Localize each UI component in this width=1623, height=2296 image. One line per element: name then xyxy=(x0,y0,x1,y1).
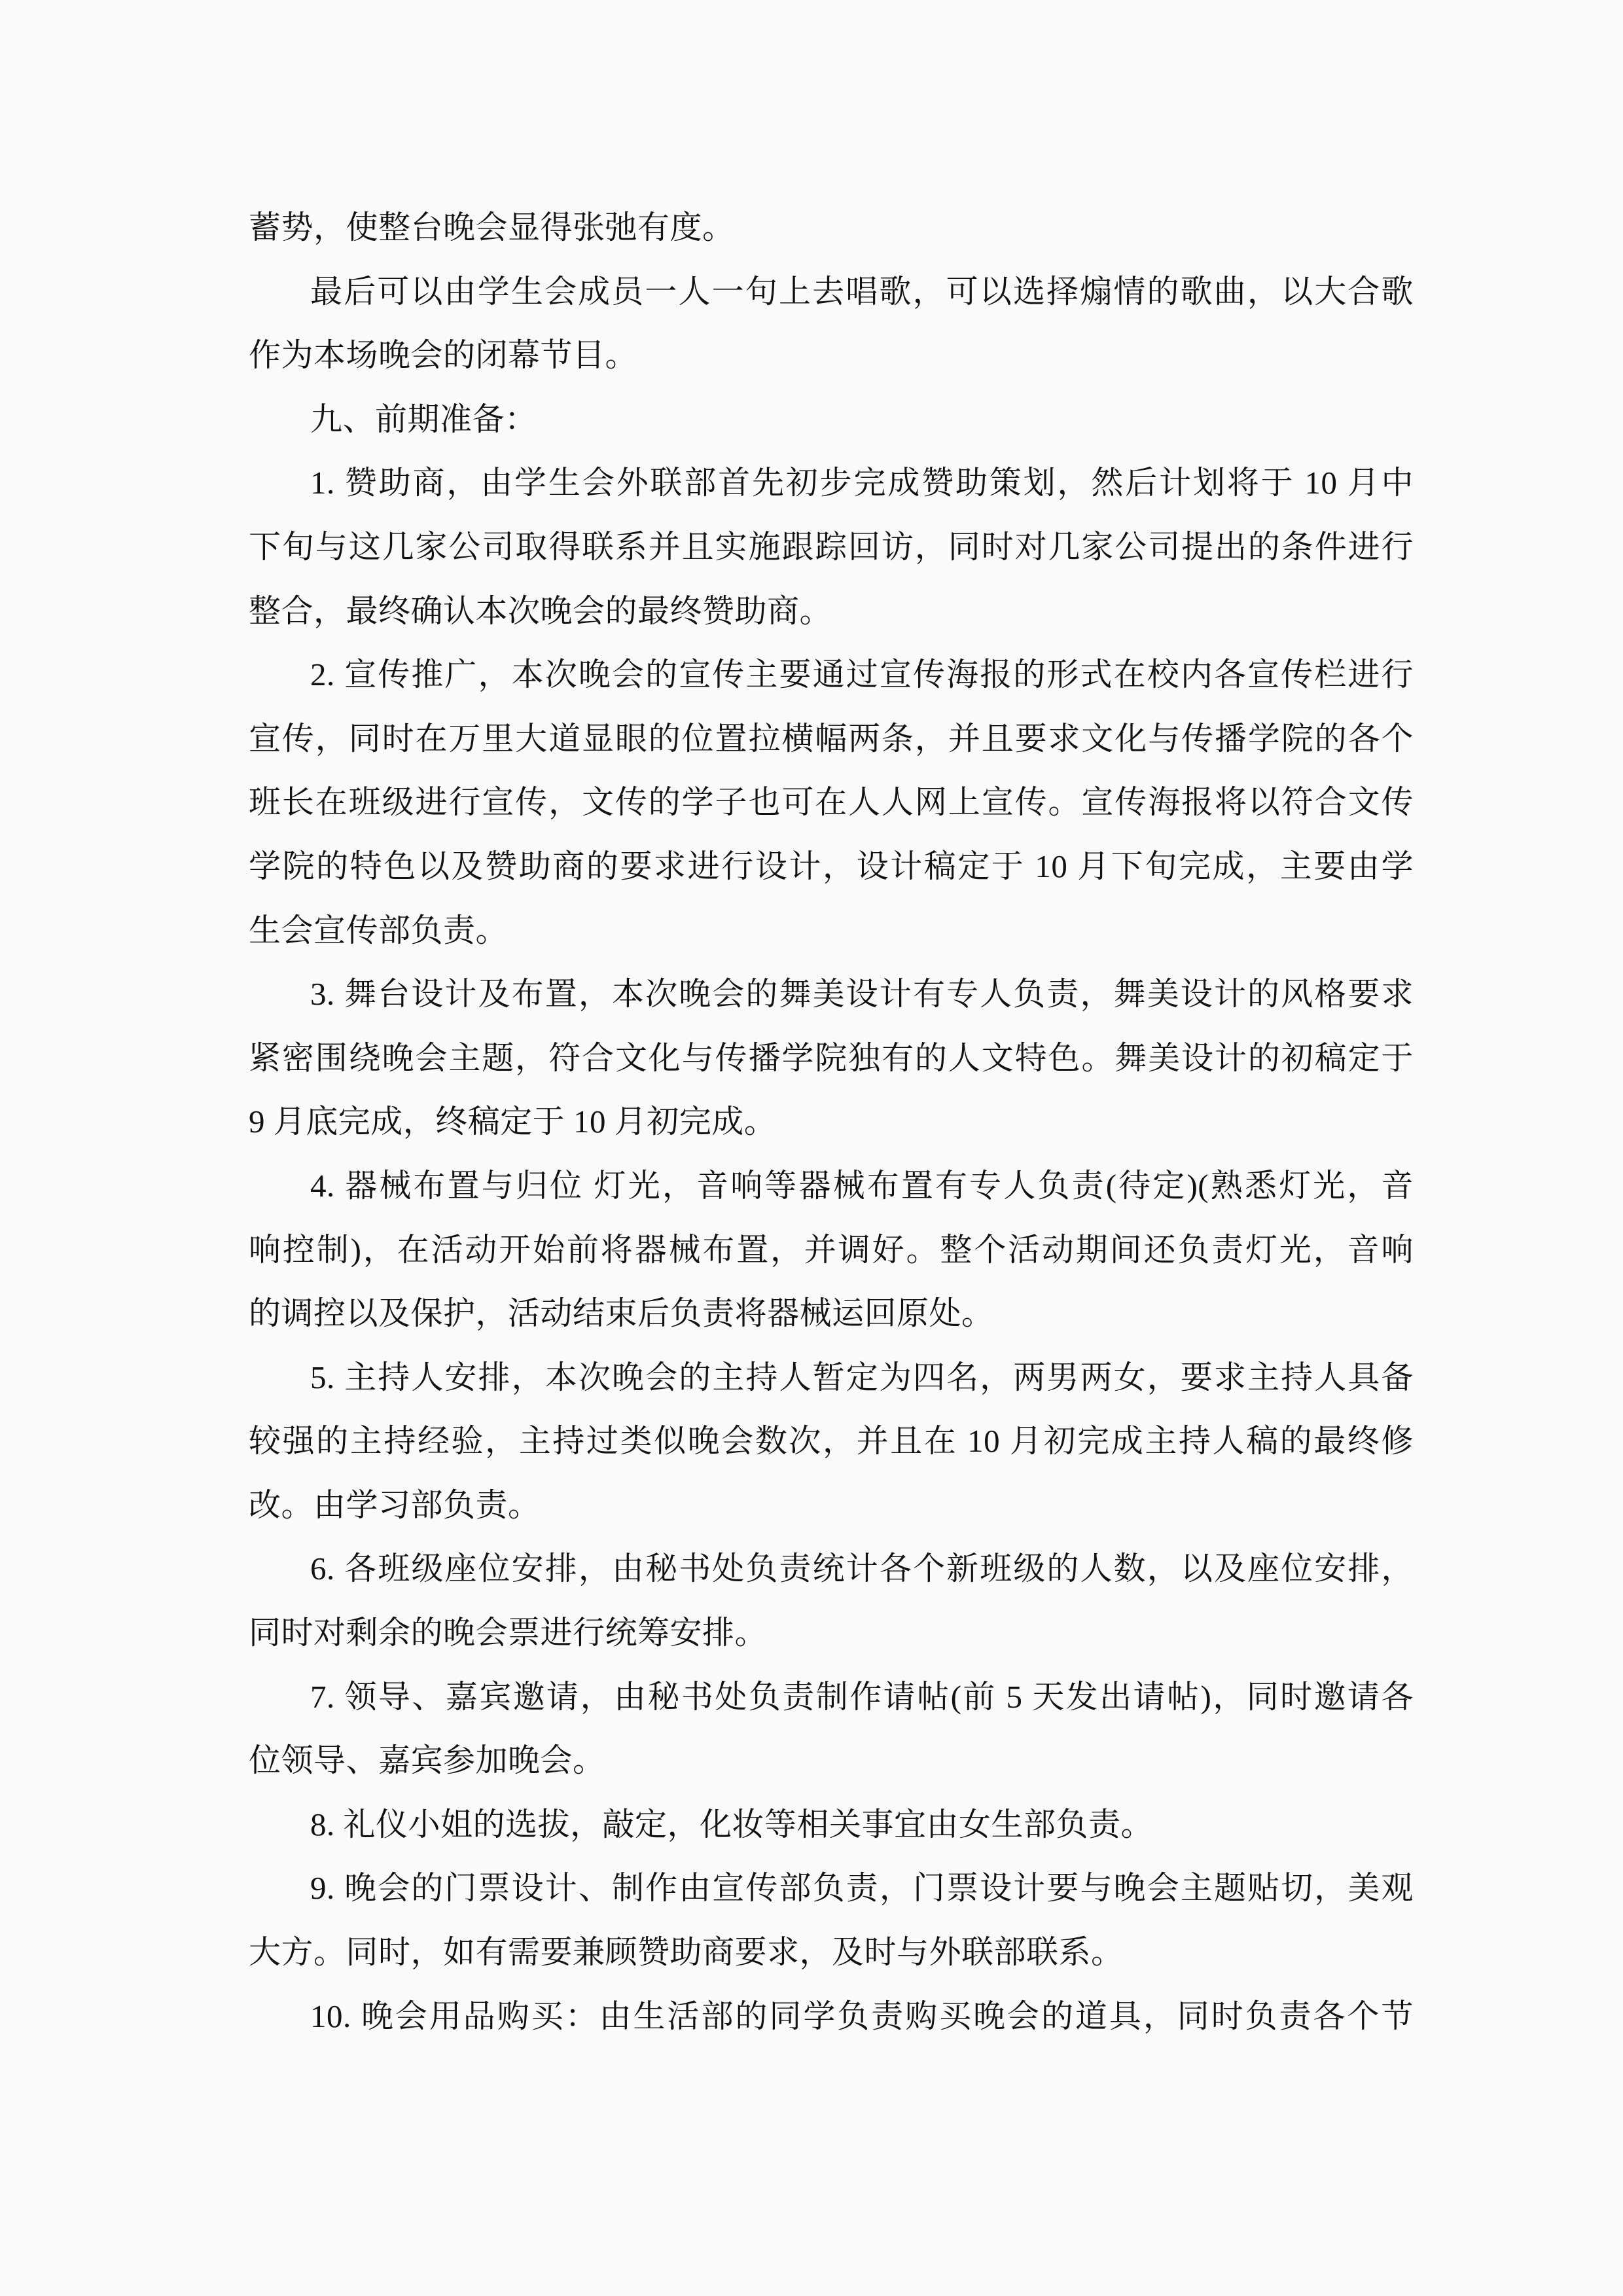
text-line: 生会宣传部负责。 xyxy=(249,899,1414,963)
text-line: 9 月底完成，终稿定于 10 月初完成。 xyxy=(249,1090,1414,1154)
text-line: 5. 主持人安排，本次晚会的主持人暂定为四名，两男两女，要求主持人具备 xyxy=(249,1346,1414,1410)
paragraph: 1. 赞助商，由学生会外联部首先初步完成赞助策划，然后计划将于 10 月中下旬与… xyxy=(249,451,1414,643)
paragraph: 8. 礼仪小姐的选拔，敲定，化妆等相关事宜由女生部负责。 xyxy=(249,1793,1414,1857)
text-line: 整合，最终确认本次晚会的最终赞助商。 xyxy=(249,579,1414,643)
text-line: 紧密围绕晚会主题，符合文化与传播学院独有的人文特色。舞美设计的初稿定于 xyxy=(249,1026,1414,1090)
text-line: 4. 器械布置与归位 灯光，音响等器械布置有专人负责(待定)(熟悉灯光，音 xyxy=(249,1154,1414,1218)
paragraph: 7. 领导、嘉宾邀请，由秘书处负责制作请帖(前 5 天发出请帖)，同时邀请各位领… xyxy=(249,1665,1414,1793)
text-line: 学院的特色以及赞助商的要求进行设计，设计稿定于 10 月下旬完成，主要由学 xyxy=(249,834,1414,899)
paragraph: 9. 晚会的门票设计、制作由宣传部负责，门票设计要与晚会主题贴切，美观大方。同时… xyxy=(249,1856,1414,1984)
text-line: 班长在班级进行宣传，文传的学子也可在人人网上宣传。宣传海报将以符合文传 xyxy=(249,770,1414,834)
paragraph: 蓄势，使整台晚会显得张弛有度。 xyxy=(249,196,1414,260)
text-line: 最后可以由学生会成员一人一句上去唱歌，可以选择煽情的歌曲，以大合歌 xyxy=(249,260,1414,324)
paragraph: 3. 舞台设计及布置，本次晚会的舞美设计有专人负责，舞美设计的风格要求紧密围绕晚… xyxy=(249,962,1414,1154)
paragraph: 4. 器械布置与归位 灯光，音响等器械布置有专人负责(待定)(熟悉灯光，音响控制… xyxy=(249,1154,1414,1346)
paragraph: 九、前期准备： xyxy=(249,387,1414,452)
text-line: 蓄势，使整台晚会显得张弛有度。 xyxy=(249,196,1414,260)
text-line: 1. 赞助商，由学生会外联部首先初步完成赞助策划，然后计划将于 10 月中 xyxy=(249,451,1414,515)
text-line: 同时对剩余的晚会票进行统筹安排。 xyxy=(249,1601,1414,1665)
document-page: 蓄势，使整台晚会显得张弛有度。最后可以由学生会成员一人一句上去唱歌，可以选择煽情… xyxy=(0,0,1623,2296)
text-line: 九、前期准备： xyxy=(249,387,1414,452)
text-line: 改。由学习部负责。 xyxy=(249,1473,1414,1537)
paragraph: 最后可以由学生会成员一人一句上去唱歌，可以选择煽情的歌曲，以大合歌作为本场晚会的… xyxy=(249,260,1414,387)
paragraph: 5. 主持人安排，本次晚会的主持人暂定为四名，两男两女，要求主持人具备较强的主持… xyxy=(249,1346,1414,1537)
text-line: 2. 宣传推广，本次晚会的宣传主要通过宣传海报的形式在校内各宣传栏进行 xyxy=(249,643,1414,707)
paragraph: 6. 各班级座位安排，由秘书处负责统计各个新班级的人数，以及座位安排，同时对剩余… xyxy=(249,1537,1414,1664)
text-line: 3. 舞台设计及布置，本次晚会的舞美设计有专人负责，舞美设计的风格要求 xyxy=(249,962,1414,1026)
text-line: 10. 晚会用品购买：由生活部的同学负责购买晚会的道具，同时负责各个节 xyxy=(249,1984,1414,2049)
text-line: 6. 各班级座位安排，由秘书处负责统计各个新班级的人数，以及座位安排， xyxy=(249,1537,1414,1601)
text-line: 9. 晚会的门票设计、制作由宣传部负责，门票设计要与晚会主题贴切，美观 xyxy=(249,1856,1414,1920)
text-line: 的调控以及保护，活动结束后负责将器械运回原处。 xyxy=(249,1282,1414,1346)
text-line: 下旬与这几家公司取得联系并且实施跟踪回访，同时对几家公司提出的条件进行 xyxy=(249,515,1414,579)
text-line: 位领导、嘉宾参加晚会。 xyxy=(249,1729,1414,1793)
paragraph: 10. 晚会用品购买：由生活部的同学负责购买晚会的道具，同时负责各个节 xyxy=(249,1984,1414,2049)
text-line: 7. 领导、嘉宾邀请，由秘书处负责制作请帖(前 5 天发出请帖)，同时邀请各 xyxy=(249,1665,1414,1729)
text-line: 响控制)，在活动开始前将器械布置，并调好。整个活动期间还负责灯光，音响 xyxy=(249,1218,1414,1282)
text-line: 大方。同时，如有需要兼顾赞助商要求，及时与外联部联系。 xyxy=(249,1920,1414,1984)
text-line: 作为本场晚会的闭幕节目。 xyxy=(249,323,1414,387)
text-line: 8. 礼仪小姐的选拔，敲定，化妆等相关事宜由女生部负责。 xyxy=(249,1793,1414,1857)
document-body: 蓄势，使整台晚会显得张弛有度。最后可以由学生会成员一人一句上去唱歌，可以选择煽情… xyxy=(249,196,1414,2048)
paragraph: 2. 宣传推广，本次晚会的宣传主要通过宣传海报的形式在校内各宣传栏进行宣传，同时… xyxy=(249,643,1414,962)
text-line: 宣传，同时在万里大道显眼的位置拉横幅两条，并且要求文化与传播学院的各个 xyxy=(249,707,1414,771)
text-line: 较强的主持经验，主持过类似晚会数次，并且在 10 月初完成主持人稿的最终修 xyxy=(249,1409,1414,1473)
